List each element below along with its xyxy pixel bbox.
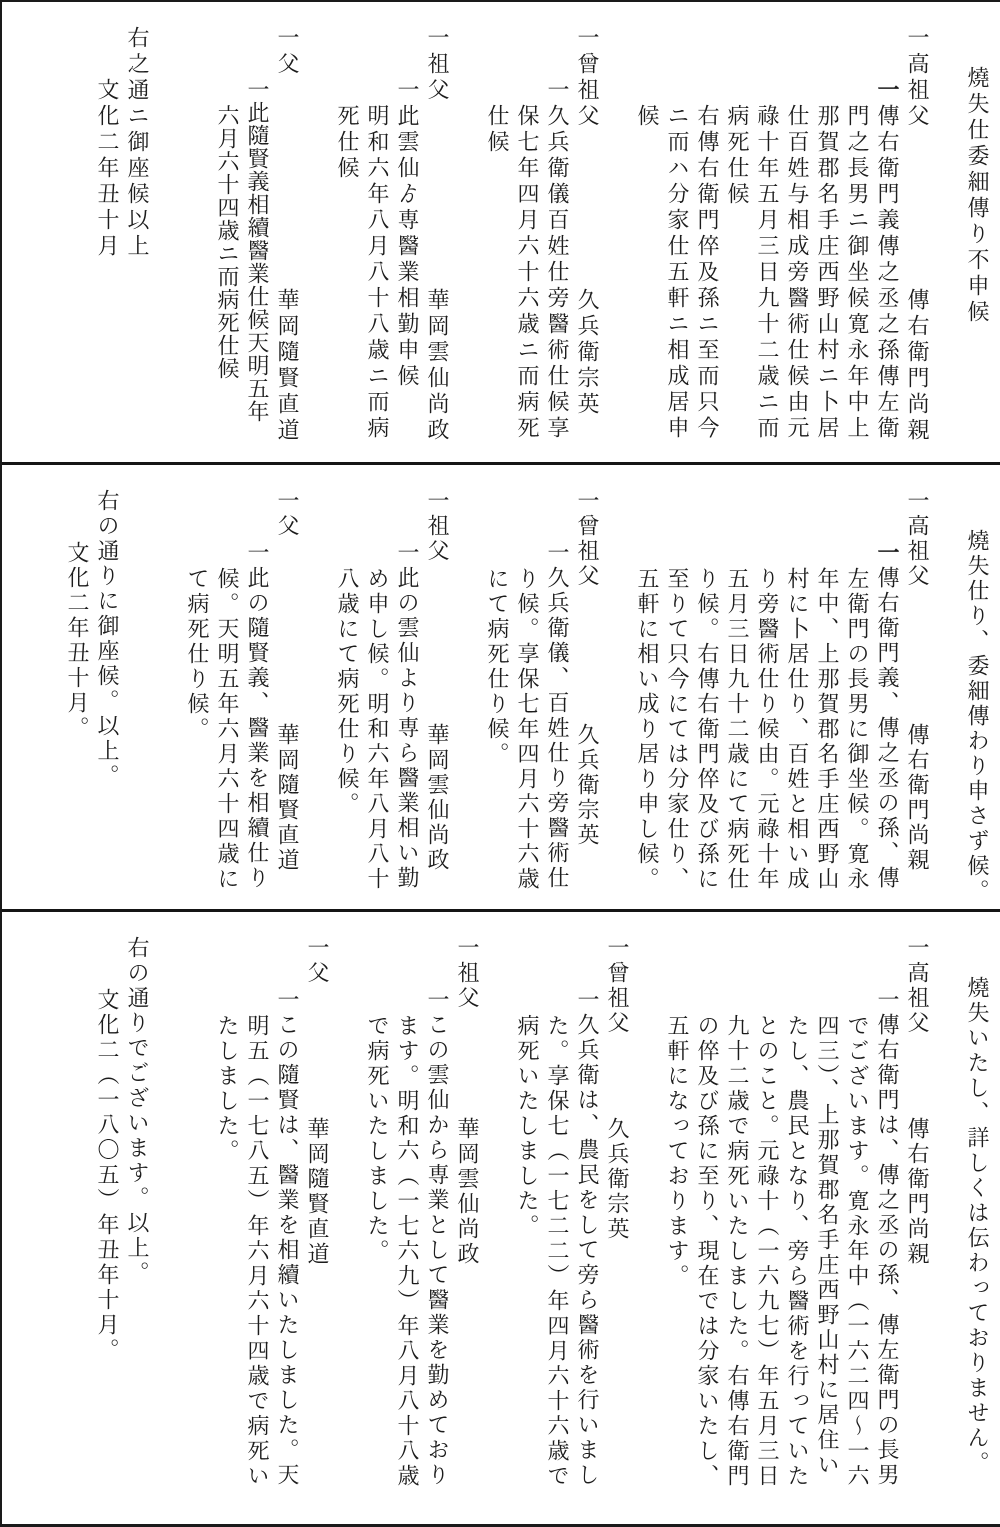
person-name: 久兵衛宗英 (572, 288, 602, 418)
entry-heading: 一曾祖父久兵衛宗英 (572, 2, 602, 462)
text-line: 右之通ニ御座候以上 (122, 2, 152, 462)
text-line: でございます。寛永年中（一六二四～一六 (842, 912, 872, 1524)
person-name: 華岡雲仙尚政 (422, 723, 452, 873)
text-line: 病死いたしました。 (512, 912, 542, 1524)
person-name: 華岡隨賢直道 (302, 1117, 332, 1267)
text-line: り候。右傳右衛門倅及び孫に (692, 465, 722, 909)
text-line: 村に卜居仕り、百姓と相い成 (782, 465, 812, 909)
text-line: で病死いたしました。 (362, 912, 392, 1524)
text-line: の倅及び孫に至り、現在では分家いたし、 (692, 912, 722, 1524)
person-name: 久兵衛宗英 (572, 723, 602, 848)
text-line: 一傳右衛門義、傳之丞の孫、傳 (872, 465, 902, 909)
text-line: 文化二（一八〇五）年丑年十月。 (92, 912, 122, 1524)
text-line: 死仕候 (332, 2, 362, 462)
text-line: 保七年四月六十六歳ニ而病死 (512, 2, 542, 462)
text-line: ニ而ハ分家仕五軒ニ相成居申 (662, 2, 692, 462)
section-modern-translation: 燒失いたし、詳しくは伝わっておりません。一高祖父傳右衛門尚親一傳右衛門は、傳之丞… (2, 912, 1000, 1524)
text-line: 病死仕候 (722, 2, 752, 462)
entry-heading: 一曾祖父久兵衛宗英 (602, 912, 632, 1524)
text-line: 右傳右衛門倅及孫ニ至而只今 (692, 2, 722, 462)
emphasized-item-marker: 一 (875, 541, 900, 566)
text-line: 五月三日九十二歳にて病死仕 (722, 465, 752, 909)
person-name: 久兵衛宗英 (602, 1117, 632, 1242)
person-name: 傳右衛門尚親 (902, 288, 932, 444)
text-line: 文化二年丑十月 (92, 2, 122, 462)
text-line: 仕候 (482, 2, 512, 462)
text-line: 至りて只今にては分家仕り、 (662, 465, 692, 909)
person-name: 華岡雲仙尚政 (422, 288, 452, 444)
entry-heading: 一祖父華岡雲仙尚政 (422, 465, 452, 909)
text-line: り候。享保七年四月六十六歳 (512, 465, 542, 909)
text-line: 燒失いたし、詳しくは伝わっておりません。 (962, 912, 992, 1524)
text-line: 一この雲仙から専業として醫業を勤めており (422, 912, 452, 1524)
text-line: 候。天明五年六月六十四歳に (212, 465, 242, 909)
text-line: 門之長男ニ御坐候寛永年中上 (842, 2, 872, 462)
entry-heading: 一高祖父傳右衛門尚親 (902, 2, 932, 462)
text-line: 一久兵衛儀、百姓仕り旁醫術仕 (542, 465, 572, 909)
text-line: 右の通りでございます。以上。 (122, 912, 152, 1524)
entry-heading: 一父華岡隨賢直道 (272, 2, 302, 462)
person-name: 華岡隨賢直道 (272, 288, 302, 444)
text-line: 那賀郡名手庄西野山村ニ卜居 (812, 2, 842, 462)
text-line: 一久兵衛儀百姓仕旁醫術仕候享 (542, 2, 572, 462)
text-line: め申し候。明和六年八月八十 (362, 465, 392, 909)
text-line: 五軒に相い成り居り申し候。 (632, 465, 662, 909)
section-yomikudashi-reading: 燒失仕り、委細傳わり申さず候。一高祖父傳右衛門尚親一傳右衛門義、傳之丞の孫、傳左… (2, 465, 1000, 912)
entry-heading: 一祖父華岡雲仙尚政 (452, 912, 482, 1524)
entry-heading: 一高祖父傳右衛門尚親 (902, 465, 932, 909)
document-page: 燒失仕委細傳り不申候一高祖父傳右衛門尚親一傳右衛門義傳之丞之孫傳左衛門之長男ニ御… (0, 0, 1000, 1527)
text-line: ます。明和六（一七六九）年八月八十八歳 (392, 912, 422, 1524)
text-line: り旁醫術仕り候由。元祿十年 (752, 465, 782, 909)
text-line: 六月六十四歳ニ而病死仕候 (212, 2, 242, 462)
person-name: 傳右衛門尚親 (902, 1117, 932, 1267)
text-line: た。享保七（一七二二）年四月六十六歳で (542, 912, 572, 1524)
text-line: 一傳右衛門は、傳之丞の孫、傳左衛門の長男 (872, 912, 902, 1524)
text-line: 仕百姓与相成旁醫術仕候由元 (782, 2, 812, 462)
text-line: 一此の隨賢義、醫業を相續仕り (242, 465, 272, 909)
text-line: 文化二年丑十月。 (62, 465, 92, 909)
entry-heading: 一高祖父傳右衛門尚親 (902, 912, 932, 1524)
person-name: 華岡隨賢直道 (272, 723, 302, 873)
text-line: 四三）、上那賀郡名手庄西野山村に居住い (812, 912, 842, 1524)
text-line: 年中、上那賀郡名手庄西野山 (812, 465, 842, 909)
entry-heading: 一祖父華岡雲仙尚政 (422, 2, 452, 462)
text-line: にて病死仕り候。 (482, 465, 512, 909)
text-line: 燒失仕り、委細傳わり申さず候。 (962, 465, 992, 909)
text-line: 一此隨賢義相續醫業仕候天明五年 (242, 2, 272, 462)
text-line: 八歳にて病死仕り候。 (332, 465, 362, 909)
text-line: たし、農民となり、旁ら醫術を行っていた (782, 912, 812, 1524)
text-line: 九十二歳で病死いたしました。右傳右衛門 (722, 912, 752, 1524)
section-classical-original: 燒失仕委細傳り不申候一高祖父傳右衛門尚親一傳右衛門義傳之丞之孫傳左衛門之長男ニ御… (2, 2, 1000, 465)
text-line: 候 (632, 2, 662, 462)
text-line: 明五（一七八五）年六月六十四歳で病死い (242, 912, 272, 1524)
text-line: 右の通りに御座候。以上。 (92, 465, 122, 909)
text-line: 左衛門の長男に御坐候。寛永 (842, 465, 872, 909)
text-line: 一この隨賢は、醫業を相續いたしました。天 (272, 912, 302, 1524)
text-line: 明和六年八月八十八歳ニ而病 (362, 2, 392, 462)
text-line: 一此雲仙ゟ専醫業相勤申候 (392, 2, 422, 462)
text-line: 一久兵衛は、農民をして旁ら醫術を行いまし (572, 912, 602, 1524)
entry-heading: 一父華岡隨賢直道 (302, 912, 332, 1524)
text-line: 五軒になっております。 (662, 912, 692, 1524)
person-name: 華岡雲仙尚政 (452, 1117, 482, 1267)
text-line: とのこと。元祿十（一六九七）年五月三日 (752, 912, 782, 1524)
text-line: 一傳右衛門義傳之丞之孫傳左衛 (872, 2, 902, 462)
person-name: 傳右衛門尚親 (902, 723, 932, 873)
text-line: 祿十年五月三日九十二歳ニ而 (752, 2, 782, 462)
text-line: 一此の雲仙より専ら醫業相い勤 (392, 465, 422, 909)
emphasized-item-marker: 一 (875, 78, 900, 104)
text-line: たしました。 (212, 912, 242, 1524)
text-line: 燒失仕委細傳り不申候 (962, 2, 992, 462)
entry-heading: 一曾祖父久兵衛宗英 (572, 465, 602, 909)
text-line: て病死仕り候。 (182, 465, 212, 909)
entry-heading: 一父華岡隨賢直道 (272, 465, 302, 909)
